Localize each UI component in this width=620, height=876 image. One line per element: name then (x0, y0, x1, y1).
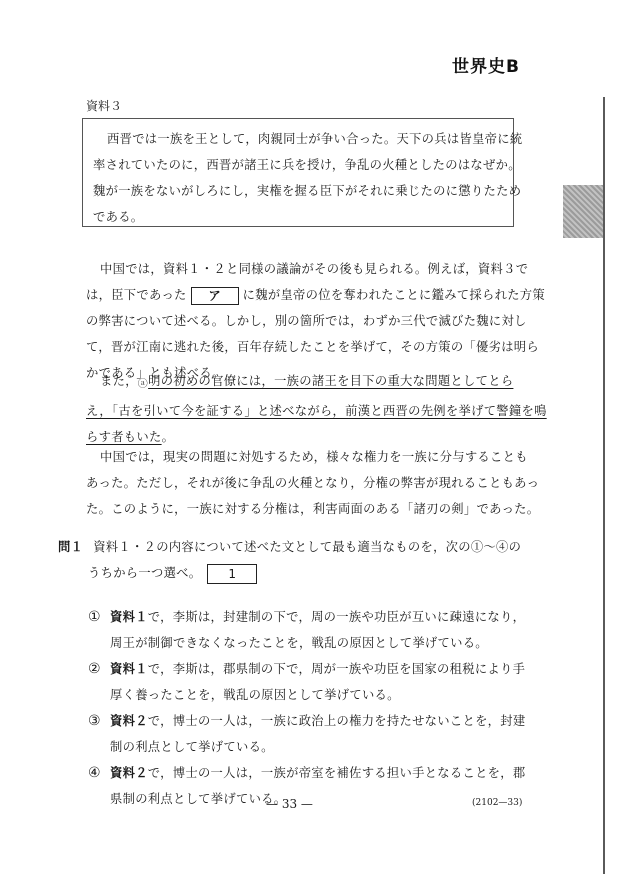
choice-text: で，博士の一人は，一族に政治上の権力を持たせないことを，封建 (148, 714, 526, 728)
paragraph-1: 中国では，資料１・２と同様の議論がその後も見られる。例えば，資料３で は，臣下で… (86, 256, 516, 386)
source-box: 西晋では一族を王として，肉親同士が争い合った。天下の兵は皆皇帝に統 率されていた… (82, 118, 514, 227)
underlined-text: らす者もいた (86, 430, 162, 444)
question-text: 資料１・２の内容について述べた文として最も適当なものを，次の①～④の (93, 540, 521, 554)
question-text: うちから一つ選べ。 (88, 566, 201, 580)
source-line: 西晋では一族を王として，肉親同士が争い合った。天下の兵は皆皇帝に統 (93, 126, 503, 152)
text-line: あった。ただし，それが後に争乱の火種となり，分権の弊害が現れることもあっ (86, 470, 516, 496)
text: また， (100, 374, 138, 388)
text-line: は，臣下であったアに魏が皇帝の位を奪われたことに鑑みて採られた方策 (86, 282, 516, 308)
text: は，臣下であった (86, 288, 187, 302)
source-line: 魏が一族をないがしろにし，実権を握る臣下がそれに乗じたのに懲りたため (93, 178, 503, 204)
text-line: また，ⓐ明の初めの官僚には，一族の諸王を目下の重大な問題としてとら (86, 368, 516, 398)
choice-ref: 資料１ (110, 662, 148, 676)
choice-ref: 資料２ (110, 714, 148, 728)
text: 。 (162, 430, 175, 444)
text-line: 問１資料１・２の内容について述べた文として最も適当なものを，次の①～④の (58, 534, 521, 560)
text-line: て，晋が江南に逃れた後，百年存続したことを挙げて，その方策の「優劣は明ら (86, 334, 516, 360)
underlined-text: え，「古を引いて今を証する」と述べながら，前漢と西晋の先例を挙げて警鐘を鳴 (86, 404, 547, 418)
page-edge-rule (603, 97, 605, 874)
choice-text: 周王が制御できなくなったことを，戦乱の原因として挙げている。 (88, 630, 528, 656)
choice-text: で，李斯は，郡県制の下で，周が一族や功臣を国家の租税により手 (148, 662, 525, 676)
choice-ref: 資料１ (110, 610, 148, 624)
text: に魏が皇帝の位を奪われたことに鑑みて採られた方策 (243, 288, 545, 302)
source-line: である。 (93, 204, 503, 230)
section-index-tab (563, 185, 603, 238)
exam-code: (2102—33) (472, 798, 522, 808)
choice-marker: ② (88, 656, 110, 682)
page-number: — 33 — (266, 797, 313, 811)
text-line: の弊害について述べる。しかし，別の箇所では，わずか三代で滅びた魏に対し (86, 308, 516, 334)
choice-marker: ① (88, 604, 110, 630)
choice-3[interactable]: ③資料２で，博士の一人は，一族に政治上の権力を持たせないことを，封建 制の利点と… (88, 708, 528, 760)
choice-text: 厚く養ったことを，戦乱の原因として挙げている。 (88, 682, 528, 708)
choice-1[interactable]: ①資料１で，李斯は，封建制の下で，周の一族や功臣が互いに疎遠になり， 周王が制御… (88, 604, 528, 656)
choice-ref: 資料２ (110, 766, 148, 780)
blank-a-box: ア (191, 287, 239, 305)
paragraph-3: 中国では，現実の問題に対処するため，様々な権力を一族に分与することも あった。た… (86, 444, 516, 522)
choice-marker: ③ (88, 708, 110, 734)
underlined-text: 明の初めの官僚には，一族の諸王を目下の重大な問題としてとら (148, 374, 513, 388)
choice-text: 制の利点として挙げている。 (88, 734, 528, 760)
source-label: 資料３ (86, 97, 122, 114)
source-line: 率されていたのに，西晋が諸王に兵を授け，争乱の火種としたのはなぜか。 (93, 152, 503, 178)
question-header: 問１資料１・２の内容について述べた文として最も適当なものを，次の①～④の うちか… (58, 534, 521, 586)
text-line: え，「古を引いて今を証する」と述べながら，前漢と西晋の先例を挙げて警鐘を鳴 (86, 398, 516, 424)
text-line: うちから一つ選べ。1 (58, 560, 521, 586)
text-line: 中国では，現実の問題に対処するため，様々な権力を一族に分与することも (86, 444, 516, 470)
underline-marker-a: ⓐ (138, 379, 148, 390)
choice-text: で，博士の一人は，一族が帝室を補佐する担い手となることを，郡 (148, 766, 526, 780)
paragraph-2: また，ⓐ明の初めの官僚には，一族の諸王を目下の重大な問題としてとら え，「古を引… (86, 368, 516, 450)
question-number: 問１ (58, 540, 83, 554)
choice-2[interactable]: ②資料１で，李斯は，郡県制の下で，周が一族や功臣を国家の租税により手 厚く養った… (88, 656, 528, 708)
choice-text: で，李斯は，封建制の下で，周の一族や功臣が互いに疎遠になり， (148, 610, 525, 624)
text-line: た。このように，一族に対する分権は，利害両面のある「諸刃の剣」であった。 (86, 496, 516, 522)
answer-box-1[interactable]: 1 (207, 564, 257, 584)
choices-list: ①資料１で，李斯は，封建制の下で，周の一族や功臣が互いに疎遠になり， 周王が制御… (88, 604, 528, 812)
subject-title: 世界史B (452, 52, 520, 77)
choice-marker: ④ (88, 760, 110, 786)
text-line: 中国では，資料１・２と同様の議論がその後も見られる。例えば，資料３で (86, 256, 516, 282)
